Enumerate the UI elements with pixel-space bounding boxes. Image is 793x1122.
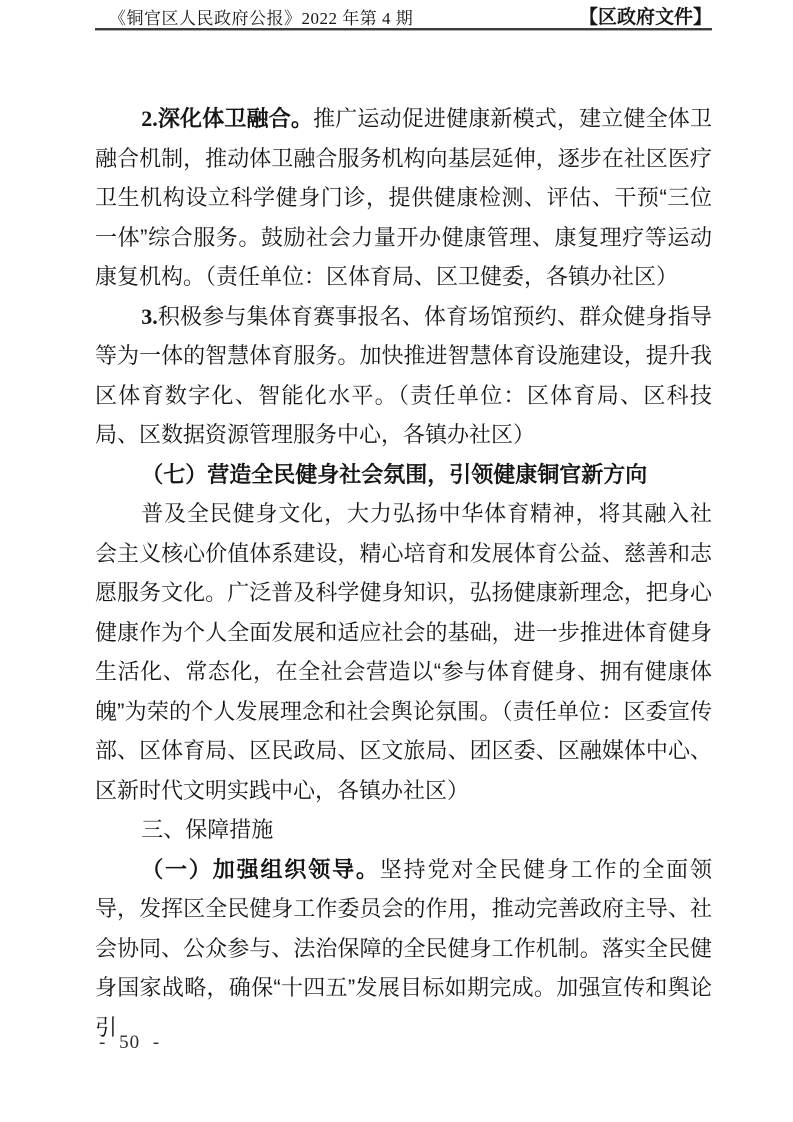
para-yi-jiaqiang-zuzhi-lingdao: （一）加强组织领导。坚持党对全民健身工作的全面领导，发挥区全民健身工作委员会的作… xyxy=(95,850,712,1048)
text-run: 深化体卫融合。 xyxy=(158,106,313,131)
page-number: - 50 - xyxy=(99,1032,160,1053)
para-2-shenhua-tiwei-ronghe: 2.深化体卫融合。推广运动促进健康新模式，建立健全体卫融合机制，推动体卫融合服务… xyxy=(95,99,712,297)
header-divider xyxy=(95,28,712,31)
para-3-zhihui-tiyu-fuwu: 3.积极参与集体育赛事报名、体育场馆预约、群众健身指导等为一体的智慧体育服务。加… xyxy=(95,297,712,455)
text-run: 积极参与集体育赛事报名、体育场馆预约、群众健身指导等为一体的智慧体育服务。加快推… xyxy=(95,304,712,448)
text-run: （一）加强组织领导。 xyxy=(141,857,380,882)
text-run: 普及全民健身文化，大力弘扬中华体育精神，将其融入社会主义核心价值体系建设，精心培… xyxy=(95,501,712,803)
text-run: 三、保障措施 xyxy=(141,817,273,842)
text-run: 坚持党对全民健身工作的全面领导，发挥区全民健身工作委员会的作用，推动完善政府主导… xyxy=(95,857,712,1040)
document-page: 《铜官区人民政府公报》2022 年第 4 期 【区政府文件】 2.深化体卫融合。… xyxy=(0,0,793,1122)
document-body: 2.深化体卫融合。推广运动促进健康新模式，建立健全体卫融合机制，推动体卫融合服务… xyxy=(95,99,712,1047)
page-header: 《铜官区人民政府公报》2022 年第 4 期 【区政府文件】 xyxy=(95,5,712,29)
heading-san-baozhang-cuoshi: 三、保障措施 xyxy=(95,810,712,850)
text-run: 2. xyxy=(141,106,158,131)
gazette-title: 《铜官区人民政府公报》2022 年第 4 期 xyxy=(95,4,413,29)
text-run: 3. xyxy=(141,304,158,329)
para-puji-quanmin-jianshen-wenhua: 普及全民健身文化，大力弘扬中华体育精神，将其融入社会主义核心价值体系建设，精心培… xyxy=(95,494,712,810)
section-label: 【区政府文件】 xyxy=(579,2,712,29)
heading-qi-yingzao-quanmin-jianshen-fenwei: （七）营造全民健身社会氛围，引领健康铜官新方向 xyxy=(95,455,712,495)
page-footer: - 50 - xyxy=(99,1032,160,1054)
text-run: （七）营造全民健身社会氛围，引领健康铜官新方向 xyxy=(141,462,647,487)
text-run: 推广运动促进健康新模式，建立健全体卫融合机制，推动体卫融合服务机构向基层延伸，逐… xyxy=(95,106,712,289)
